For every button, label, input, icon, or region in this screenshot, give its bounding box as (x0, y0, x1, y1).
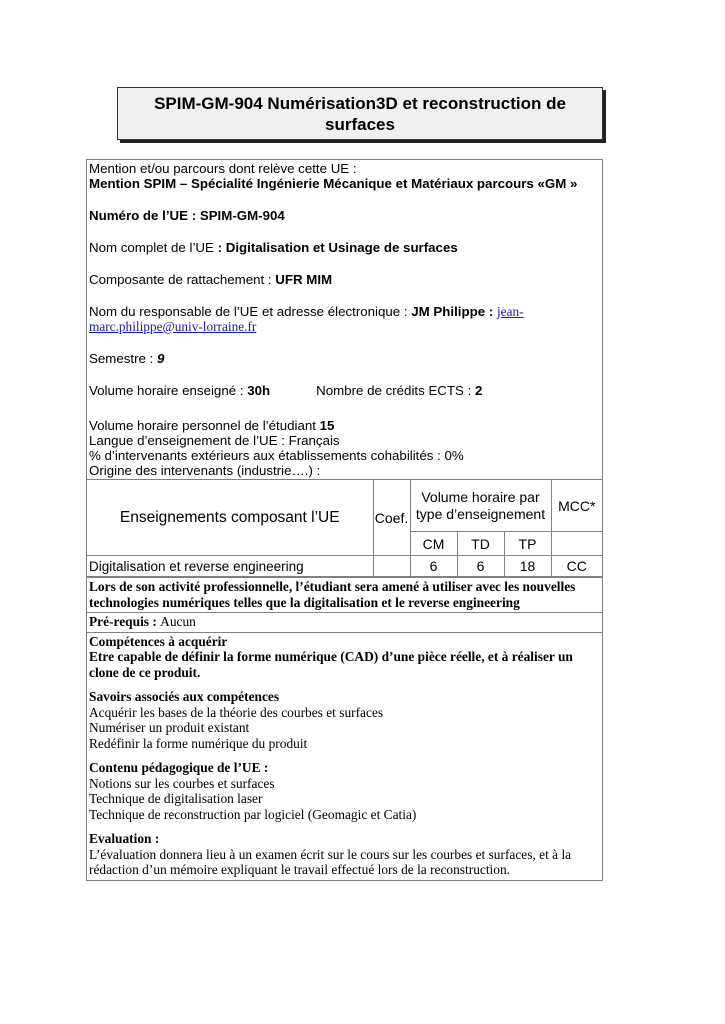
header-enseignements: Enseignements composant l’UE (87, 480, 373, 556)
header-mcc: MCC* (551, 480, 602, 532)
row-coef (373, 556, 410, 577)
ue-full-name-value: : Digitalisation et Usinage de surfaces (218, 240, 458, 255)
prerequis-value: Aucun (160, 614, 196, 629)
row-name: Digitalisation et reverse engineering (87, 556, 373, 577)
header-tp: TP (504, 532, 551, 556)
table-row: Digitalisation et reverse engineering 6 … (87, 556, 602, 577)
ue-full-name-label: Nom complet de l’UE (89, 240, 218, 255)
header-mcc-blank (551, 532, 602, 556)
composante: Composante de rattachement : UFR MIM (89, 272, 600, 287)
mention-label: Mention et/ou parcours dont relève cette… (89, 161, 600, 176)
prerequis-section: Pré-requis : Aucun (87, 612, 602, 632)
header-volume: Volume horaire par type d’enseignement (410, 480, 551, 532)
volume-value: 30h (247, 383, 270, 398)
enseignements-table: Enseignements composant l’UE Coef. Volum… (87, 479, 602, 577)
details-section: Compétences à acquérir Etre capable de d… (87, 632, 602, 880)
header-cm: CM (410, 532, 457, 556)
evaluation-title: Evaluation : (89, 831, 600, 847)
competences-text: Etre capable de définir la forme numériq… (89, 649, 600, 680)
langue: Langue d’enseignement de l’UE : Français (89, 433, 600, 448)
composante-value: UFR MIM (275, 272, 332, 287)
volume-personnel-value: 15 (320, 418, 335, 433)
ue-info-section: Mention et/ou parcours dont relève cette… (87, 160, 602, 479)
ue-full-name: Nom complet de l’UE : Digitalisation et … (89, 240, 600, 255)
document-title-box: SPIM-GM-904 Numérisation3D et reconstruc… (117, 87, 603, 140)
intervenants-exterieurs: % d’intervenants extérieurs aux établiss… (89, 448, 600, 463)
responsable-name: JM Philippe : (411, 304, 497, 319)
contenu-item: Notions sur les courbes et surfaces (89, 776, 600, 792)
row-td: 6 (457, 556, 504, 577)
ects-value: 2 (475, 383, 482, 398)
evaluation-text: L’évaluation donnera lieu à un examen éc… (89, 847, 600, 878)
prerequis-label: Pré-requis : (89, 614, 160, 629)
semestre-value: 9 (157, 351, 164, 366)
competences-title: Compétences à acquérir (89, 634, 600, 650)
origine-intervenants: Origine des intervenants (industrie….) : (89, 463, 600, 479)
volume-personnel-label: Volume horaire personnel de l’étudiant (89, 418, 320, 433)
volume-label: Volume horaire enseigné : (89, 383, 247, 398)
document-title: SPIM-GM-904 Numérisation3D et reconstruc… (140, 93, 580, 135)
responsable: Nom du responsable de l’UE et adresse él… (89, 304, 600, 334)
ue-sheet: Mention et/ou parcours dont relève cette… (86, 159, 603, 881)
objectif-text: Lors de son activité professionnelle, l’… (89, 579, 600, 610)
objectif-section: Lors de son activité professionnelle, l’… (87, 577, 602, 612)
savoirs-item: Numériser un produit existant (89, 720, 600, 736)
header-td: TD (457, 532, 504, 556)
volume-ects: Volume horaire enseigné : 30hNombre de c… (89, 383, 600, 398)
contenu-item: Technique de digitalisation laser (89, 791, 600, 807)
contenu-title: Contenu pédagogique de l’UE : (89, 760, 600, 776)
mention-value: Mention SPIM – Spécialité Ingénierie Méc… (89, 176, 600, 191)
responsable-label: Nom du responsable de l’UE et adresse él… (89, 304, 411, 319)
savoirs-title: Savoirs associés aux compétences (89, 689, 600, 705)
contenu-item: Technique de reconstruction par logiciel… (89, 807, 600, 823)
header-coef: Coef. (373, 480, 410, 556)
volume-personnel: Volume horaire personnel de l’étudiant 1… (89, 418, 600, 433)
ects-label: Nombre de crédits ECTS : (316, 383, 475, 398)
ue-number: Numéro de l’UE : SPIM-GM-904 (89, 208, 600, 223)
savoirs-item: Acquérir les bases de la théorie des cou… (89, 705, 600, 721)
composante-label: Composante de rattachement : (89, 272, 275, 287)
row-cm: 6 (410, 556, 457, 577)
semestre-label: Semestre : (89, 351, 157, 366)
savoirs-item: Redéfinir la forme numérique du produit (89, 736, 600, 752)
row-tp: 18 (504, 556, 551, 577)
row-mcc: CC (551, 556, 602, 577)
semestre: Semestre : 9 (89, 351, 600, 366)
